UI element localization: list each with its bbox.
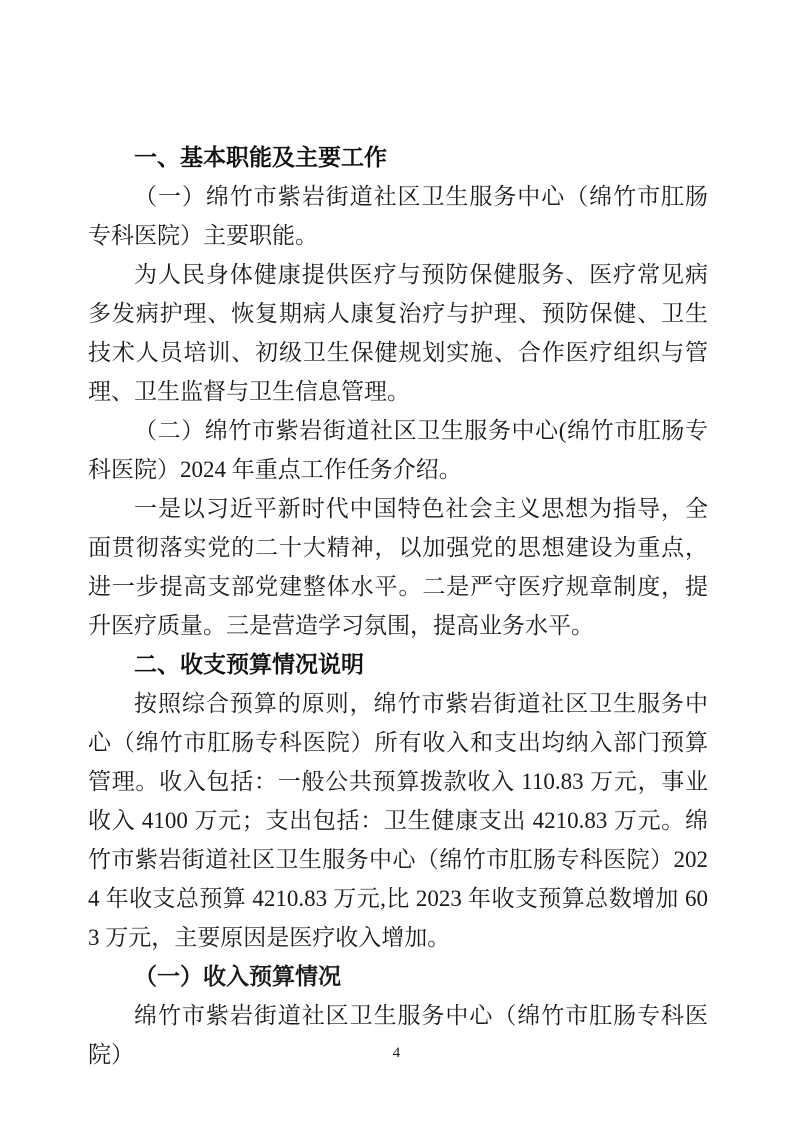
page-number: 4 [0,1045,793,1062]
paragraph: 为人民身体健康提供医疗与预防保健服务、医疗常见病多发病护理、恢复期病人康复治疗与… [88,255,708,411]
document-page: 一、基本职能及主要工作（一）绵竹市紫岩街道社区卫生服务中心（绵竹市肛肠专科医院）… [0,0,793,1122]
paragraph: 绵竹市紫岩街道社区卫生服务中心（绵竹市肛肠专科医院） [88,996,708,1074]
section-heading: （一）收入预算情况 [88,957,708,996]
section-heading: 一、基本职能及主要工作 [88,138,708,177]
paragraph: （一）绵竹市紫岩街道社区卫生服务中心（绵竹市肛肠专科医院）主要职能。 [88,177,708,255]
paragraph: （二）绵竹市紫岩街道社区卫生服务中心(绵竹市肛肠专科医院）2024 年重点工作任… [88,411,708,489]
paragraph: 一是以习近平新时代中国特色社会主义思想为指导，全面贯彻落实党的二十大精神，以加强… [88,489,708,645]
section-heading: 二、收支预算情况说明 [88,645,708,684]
paragraph: 按照综合预算的原则，绵竹市紫岩街道社区卫生服务中心（绵竹市肛肠专科医院）所有收入… [88,684,708,957]
document-body: 一、基本职能及主要工作（一）绵竹市紫岩街道社区卫生服务中心（绵竹市肛肠专科医院）… [88,138,708,1074]
